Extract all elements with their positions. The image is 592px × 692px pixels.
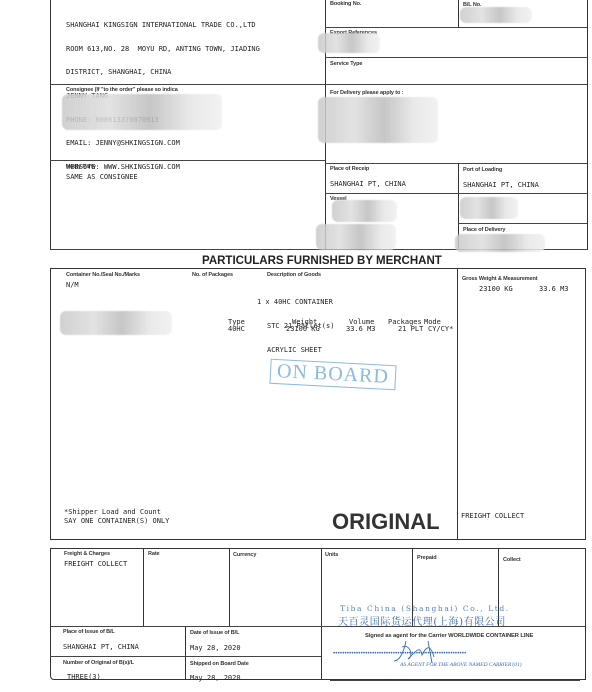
footer-line-1: *Shipper Load and Count [64,508,161,516]
gross-label: Gross Weight & Measurement [462,276,538,282]
container-value: N/M [66,281,79,289]
redacted-container-no [60,311,172,335]
packages-label: No. of Packages [192,272,233,278]
col-weight-value: 23100 KG [286,325,320,333]
redacted-export-references [318,33,380,53]
particulars-title: PARTICULARS FURNISHED BY MERCHANT [202,255,442,267]
prepaid-label: Prepaid [417,555,436,561]
gross-measure: 33.6 M3 [539,285,569,293]
agent-name-en: Tiba China (Shanghai) Co., Ltd. [340,604,510,613]
service-type-label: Service Type [330,61,362,67]
original-mark: ORIGINAL [332,509,440,535]
place-of-receipt-label: Place of Receip [330,166,369,172]
freight-charges-label: Freight & Charges [64,551,110,557]
description-label: Description of Goods [267,272,321,278]
rule-after-export [325,57,587,58]
rule-after-receipt [325,193,587,194]
issue-divider [185,626,186,680]
redacted-consignee [62,94,222,130]
consignee-label: Consignee (If "to the order" please so i… [66,87,178,93]
gross-divider [457,269,458,539]
footer-line-2: SAY ONE CONTAINER(S) ONLY [64,517,169,525]
rule-signature [330,680,580,681]
col-type-value: 40HC [228,325,245,333]
rate-divider [143,549,144,626]
originals-label: Number of Original of B(s)/L [63,660,134,666]
originals-value: THREE(3) [67,673,101,681]
col-volume-value: 33.6 M3 [346,325,376,333]
port-of-loading-value: SHANGHAI PT, CHINA [463,181,539,189]
date-of-issue-value: May 28, 2020 [190,644,241,652]
frame-right-top [587,0,588,250]
place-of-issue-label: Place of Issue of B/L [63,629,115,635]
booking-no-label: Booking No. [330,1,361,7]
frame-left-top [50,0,51,250]
rate-label: Rate [148,551,160,557]
collect-label: Collect [503,557,521,563]
signed-as-agent: Signed as agent for the Carrier WORLDWID… [365,633,533,639]
port-of-loading-label: Port of Loading [463,167,502,173]
as-agent-note: AS AGENT FOR THE ABOVE NAMED CARRIER'(01… [400,662,522,668]
redacted-vessel [332,200,397,222]
shipper-line: SHANGHAI KINGSIGN INTERNATIONAL TRADE CO… [66,22,260,30]
place-of-receipt-value: SHANGHAI PT, CHINA [330,180,406,188]
units-divider [321,549,322,680]
redacted-voyage [316,224,396,250]
for-delivery-label: For Delivery please apply to : [330,90,403,96]
units-label: Units [325,552,338,558]
rule-after-delivery [325,163,587,164]
redacted-for-delivery [318,97,438,143]
shipped-on-board-value: May 28, 2020 [190,674,241,682]
col-packages-value: 21 PLT [398,325,423,333]
frame-bl-divider [458,0,459,28]
shipper-line: ROOM 613,NO. 28 MOYU RD, ANTING TOWN, JI… [66,46,260,54]
shipper-line: EMAIL: JENNY@SHKINGSIGN.COM [66,140,260,148]
place-of-issue-value: SHANGHAI PT, CHINA [63,643,139,651]
currency-label: Currency [233,552,256,558]
shipper-line: DISTRICT, SHANGHAI, CHINA [66,69,260,77]
description-line: 1 x 40HC CONTAINER [257,298,334,306]
freight-charges-value: FREIGHT COLLECT [64,560,127,568]
currency-divider [229,549,230,626]
container-label: Container No./Seal No./Marks [66,272,140,278]
notify-party-value: SAME AS CONSIGNEE [66,173,138,181]
agent-name-cn: 天百灵国际货运代理(上海)有限公司 [338,613,506,628]
description-line: ACRYLIC SHEET [257,346,334,354]
rule-after-vessel [458,223,587,224]
gross-weight: 23100 KG [479,285,513,293]
redacted-bl-no [460,7,532,23]
shipped-on-board-label: Shipped on Board Date [190,661,249,667]
redacted-place-of-delivery [455,234,545,252]
freight-note: FREIGHT COLLECT [461,512,524,520]
redacted-port-discharge [460,197,518,219]
rule-after-booking [325,27,587,28]
col-mode-value: CY/CY* [428,325,453,333]
date-of-issue-label: Date of Issue of B/L [190,630,239,636]
notify-party-label: Notify Party [66,164,96,170]
place-of-delivery-label: Place of Delivery [463,227,505,233]
